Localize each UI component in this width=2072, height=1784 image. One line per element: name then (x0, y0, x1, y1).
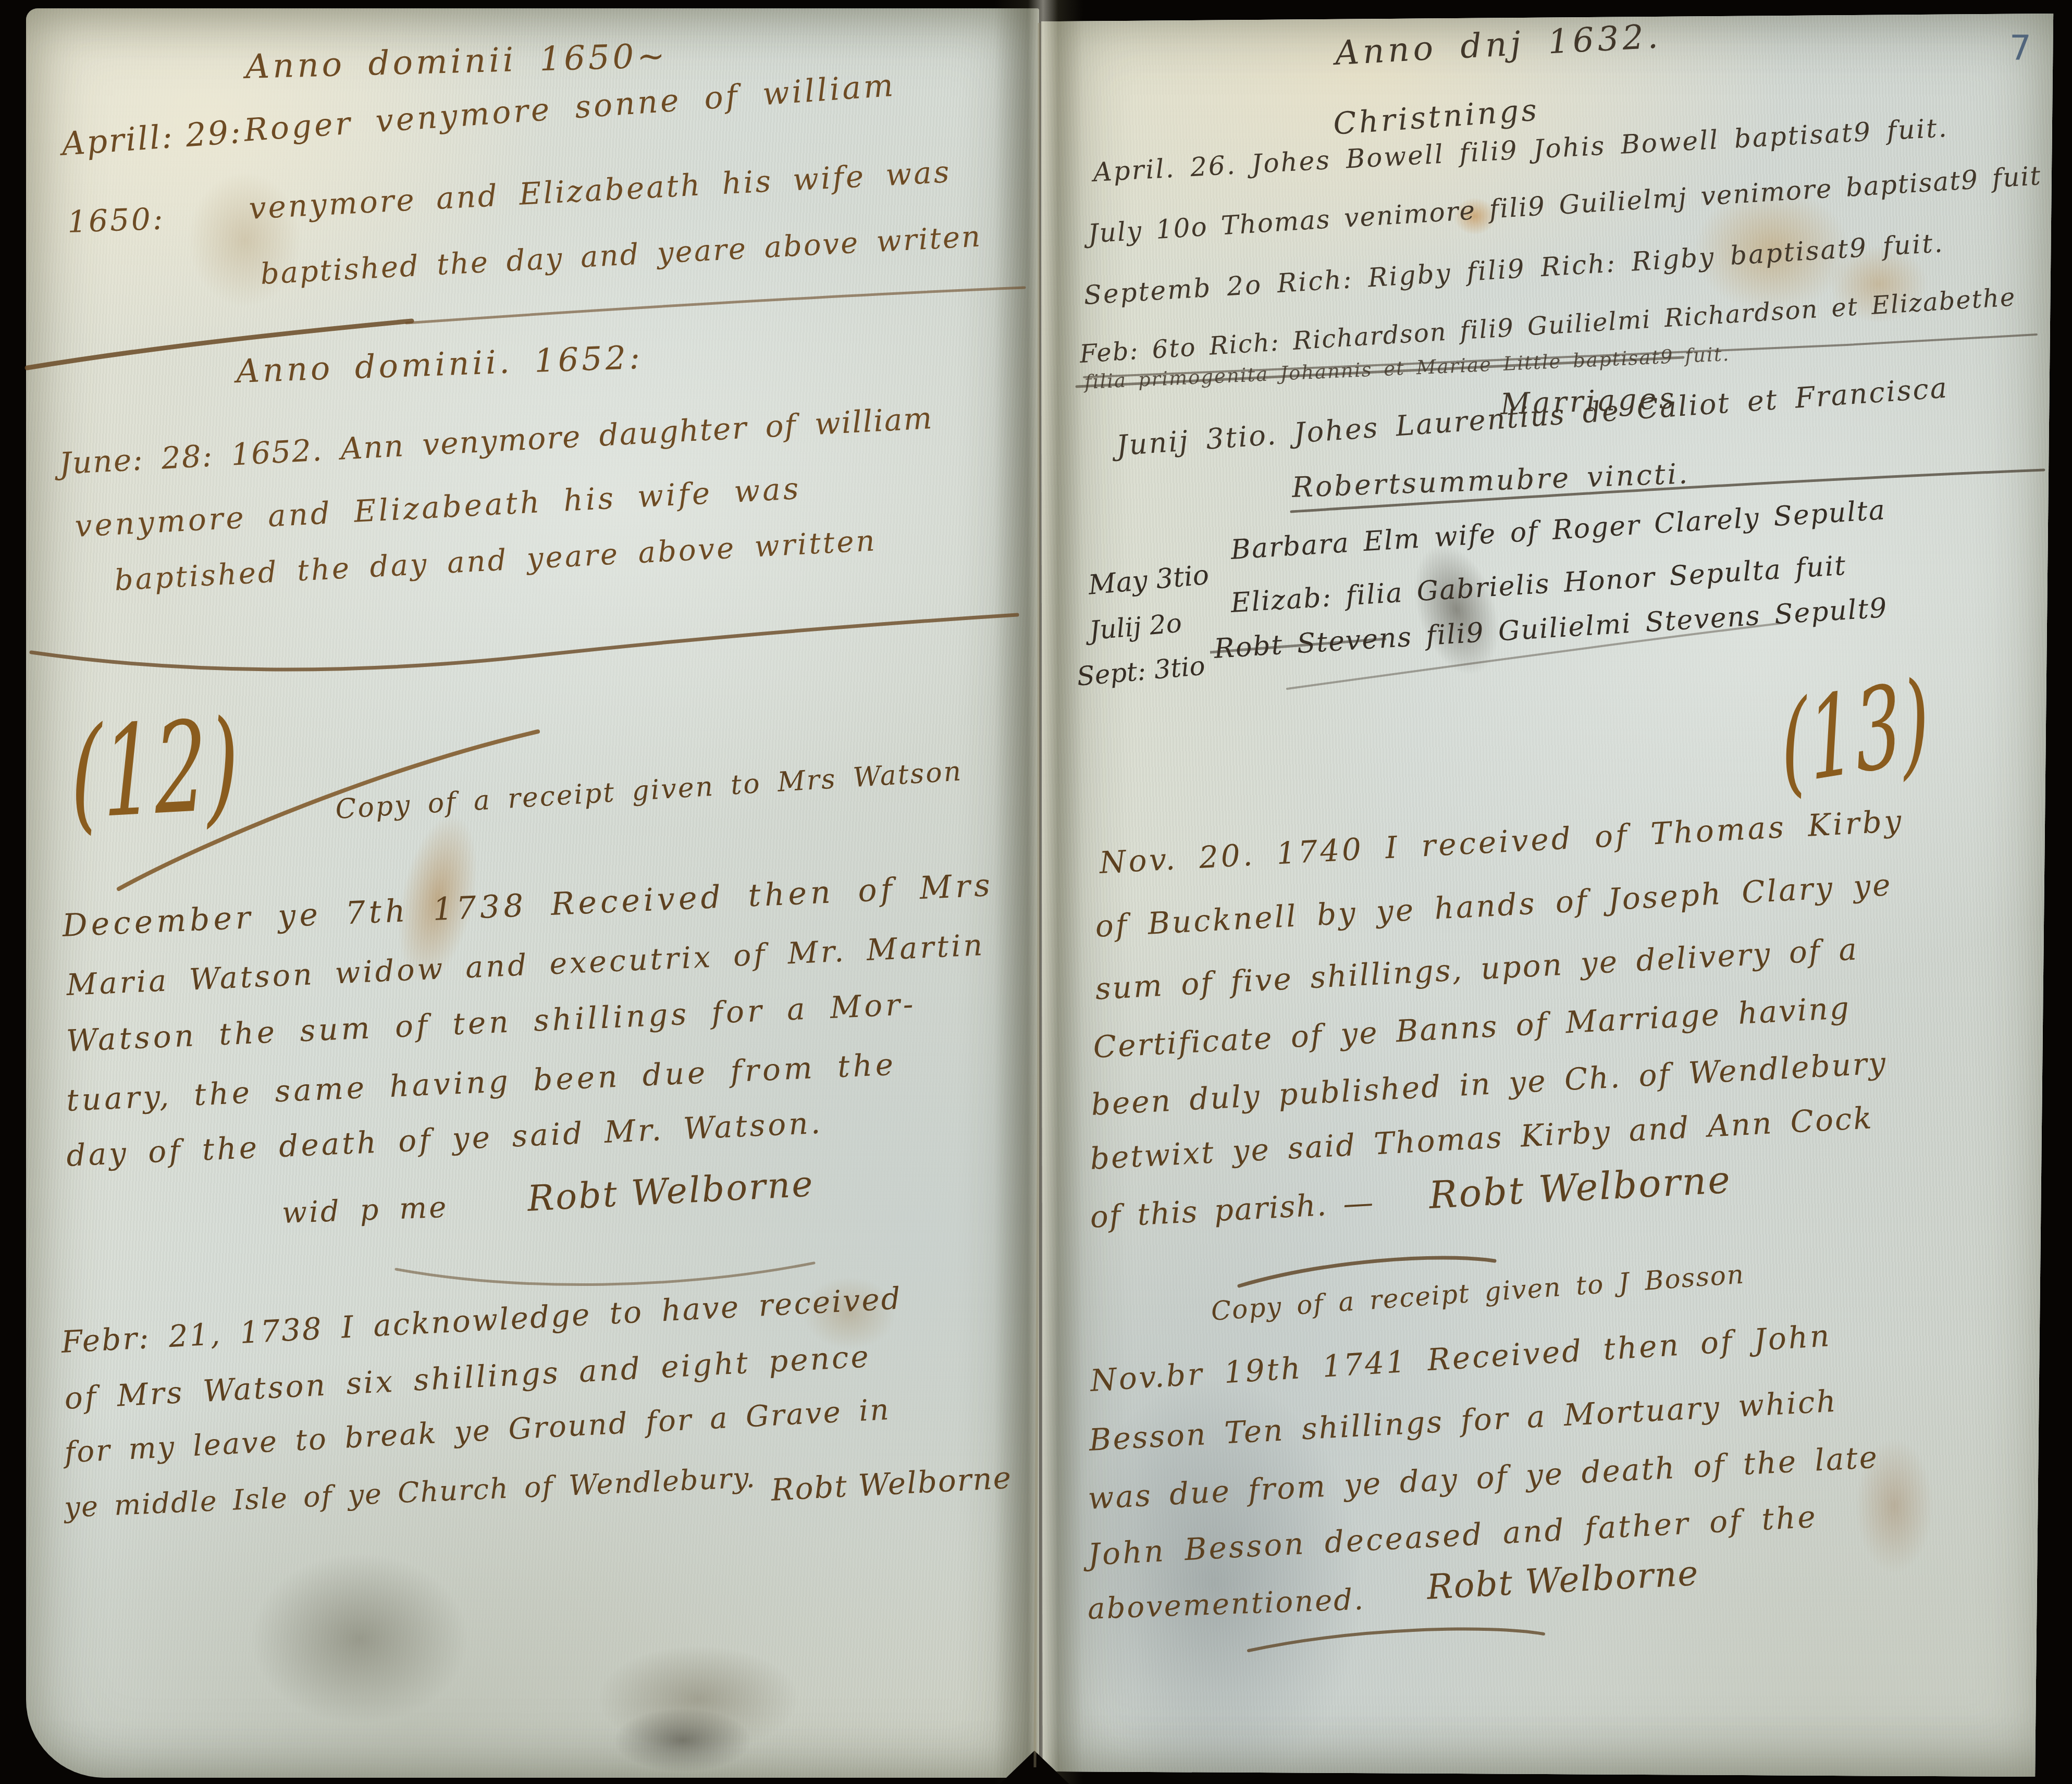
page-number-12: (12) (69, 693, 240, 847)
folio-number: 7 (2009, 28, 2031, 68)
page-number-13: (13) (1776, 656, 1934, 811)
receipt-watson-attestation: wid p me (281, 1191, 449, 1230)
manuscript-photo: Anno dominii 1650~ Aprill: 29: 1650: Rog… (0, 0, 2072, 1784)
entry-1650-margin-year: 1650: (67, 201, 165, 239)
gutter-shadow (994, 0, 1083, 1784)
